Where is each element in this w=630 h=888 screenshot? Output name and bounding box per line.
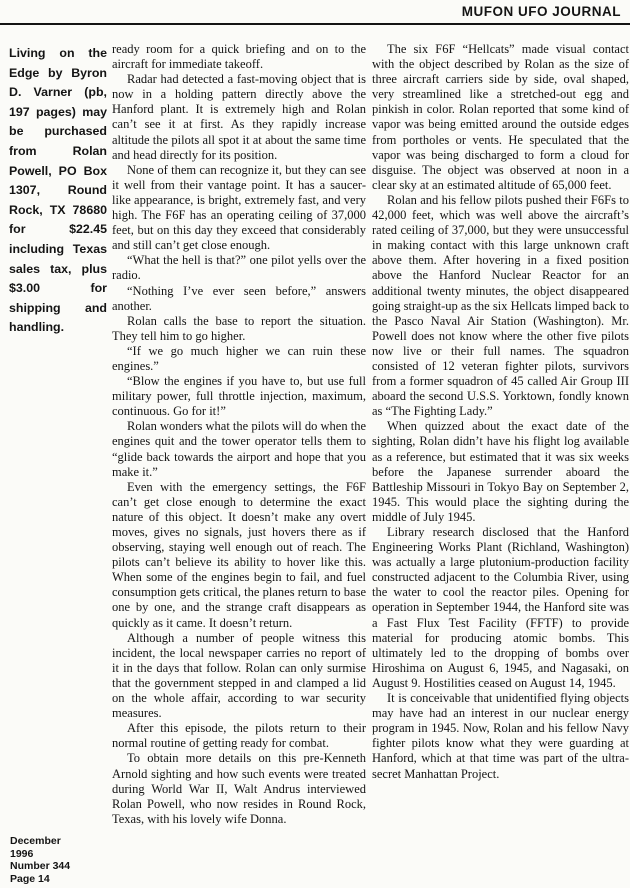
article-paragraph: The six F6F “Hellcats” made visual conta… <box>372 42 629 193</box>
article-paragraph: Rolan wonders what the pilots will do wh… <box>112 419 366 479</box>
footer-issue-number: Number 344 <box>10 860 70 873</box>
article-paragraph: Even with the emergency settings, the F6… <box>112 480 366 631</box>
footer-month: December <box>10 835 70 848</box>
header-rule <box>0 23 630 25</box>
book-purchase-note: Living on the Edge by Byron D. Varner (p… <box>9 44 107 338</box>
article-column-left: ready room for a quick briefing and on t… <box>112 42 366 827</box>
article-paragraph: To obtain more details on this pre-Kenne… <box>112 751 366 826</box>
article-paragraph: Radar had detected a fast-moving object … <box>112 72 366 163</box>
article-column-right: The six F6F “Hellcats” made visual conta… <box>372 42 629 782</box>
article-paragraph: “Nothing I’ve ever seen before,” answers… <box>112 284 366 314</box>
article-paragraph: “What the hell is that?” one pilot yells… <box>112 253 366 283</box>
footer-issue-info: December 1996 Number 344 Page 14 <box>10 835 70 885</box>
footer-year: 1996 <box>10 848 70 861</box>
article-paragraph: It is conceivable that unidentified flyi… <box>372 691 629 782</box>
article-paragraph: After this episode, the pilots return to… <box>112 721 366 751</box>
article-paragraph: “Blow the engines if you have to, but us… <box>112 374 366 419</box>
footer-page-number: Page 14 <box>10 873 70 886</box>
article-paragraph: Although a number of people witness this… <box>112 631 366 722</box>
journal-masthead-title: MUFON UFO JOURNAL <box>462 4 621 19</box>
article-paragraph: None of them can recognize it, but they … <box>112 163 366 254</box>
article-paragraph: Rolan and his fellow pilots pushed their… <box>372 193 629 419</box>
journal-page: MUFON UFO JOURNAL Living on the Edge by … <box>0 0 630 888</box>
article-paragraph: ready room for a quick briefing and on t… <box>112 42 366 72</box>
article-paragraph: “If we go much higher we can ruin these … <box>112 344 366 374</box>
article-paragraph: Library research disclosed that the Hanf… <box>372 525 629 691</box>
article-paragraph: When quizzed about the exact date of the… <box>372 419 629 525</box>
article-paragraph: Rolan calls the base to report the situa… <box>112 314 366 344</box>
